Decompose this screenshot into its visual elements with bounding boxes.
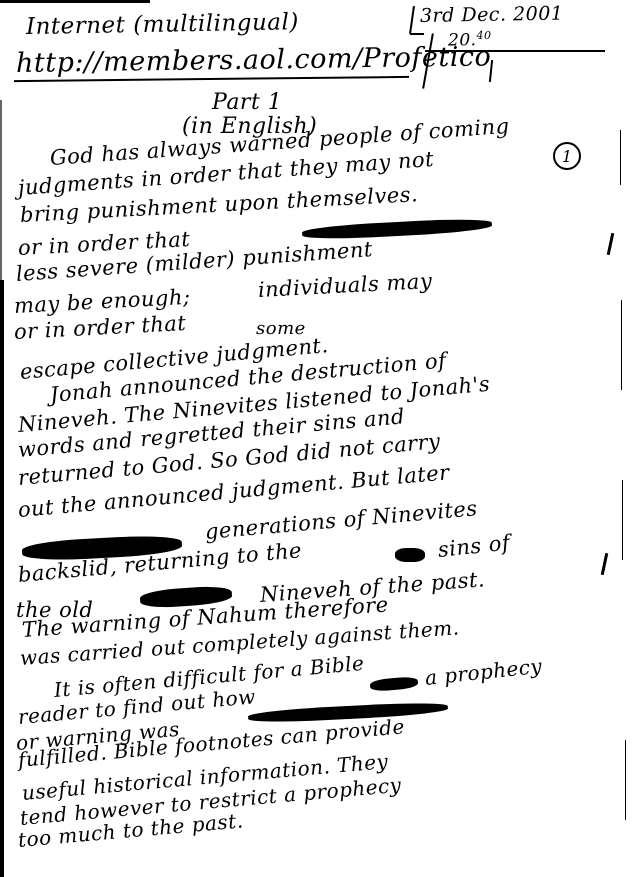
time-minutes: 40 [477, 29, 492, 42]
header-url: http://members.aol.com/Profetico [16, 43, 492, 77]
scan-edge-left [0, 280, 4, 877]
scan-edge-left-upper [0, 100, 2, 280]
text-line: a prophecy [424, 656, 543, 688]
crossed-out-word [302, 217, 492, 241]
header-time: 20.40 [448, 30, 492, 50]
date-bracket [410, 33, 424, 35]
text-line: or in order that [13, 313, 186, 343]
scan-edge-right [625, 740, 626, 820]
text-line: generations of Ninevites [204, 498, 478, 543]
crossed-out-word [370, 676, 419, 692]
part-heading: Part 1 [212, 92, 282, 114]
date-bracket [409, 6, 415, 34]
margin-mark [607, 233, 615, 255]
header-date: 3rd Dec. 2001 [420, 4, 564, 26]
text-line-insertion: individuals may [257, 271, 432, 301]
crossed-out-word [395, 548, 425, 562]
scanned-handwritten-page: Internet (multilingual) http://members.a… [0, 0, 638, 877]
page-number-circle: 1 [553, 142, 581, 170]
text-line: sins of [437, 532, 511, 560]
scan-edge-right [622, 480, 623, 560]
header-title: Internet (multilingual) [26, 11, 299, 39]
scan-edge-right [621, 300, 622, 390]
scan-edge-right [620, 130, 621, 185]
margin-mark [601, 553, 609, 575]
scan-edge-top [0, 0, 150, 3]
page-number: 1 [562, 147, 572, 166]
time-hour: 20. [448, 31, 477, 51]
